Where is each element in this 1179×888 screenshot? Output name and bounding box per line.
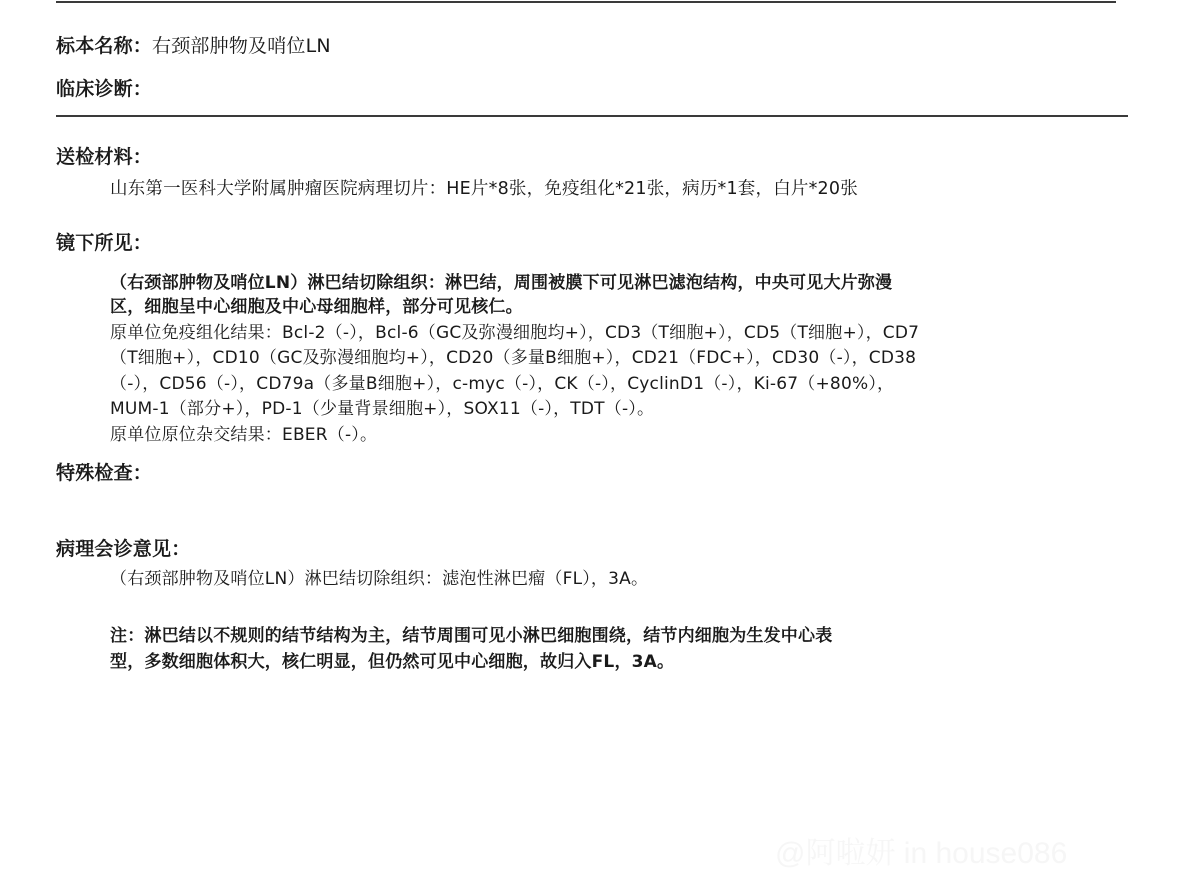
note-line-1: 注：淋巴结以不规则的结节结构为主，结节周围可见小淋巴细胞围绕，结节内细胞为生发中… — [110, 625, 832, 647]
consult-opinion-title: 病理会诊意见： — [56, 538, 190, 560]
specimen-name-label: 标本名称： — [56, 35, 152, 57]
materials-line: 山东第一医科大学附属肿瘤医院病理切片：HE片*8张，免疫组化*21张，病历*1套… — [110, 178, 858, 200]
special-exam-title: 特殊检查： — [56, 462, 152, 484]
ish-line: 原单位原位杂交结果：EBER（-）。 — [110, 424, 377, 446]
microscopy-title: 镜下所见： — [56, 232, 152, 254]
clinical-diagnosis-row: 临床诊断： — [56, 78, 152, 100]
ihc-line-4: MUM-1（部分+），PD-1（少量背景细胞+），SOX11（-），TDT（-）… — [110, 398, 654, 420]
top-divider — [56, 1, 1116, 3]
header-divider — [56, 115, 1128, 117]
note-line-2: 型，多数细胞体积大，核仁明显，但仍然可见中心细胞，故归入FL，3A。 — [110, 651, 674, 673]
specimen-name-value: 右颈部肿物及哨位LN — [152, 35, 331, 57]
watermark: @阿啦妍 in house086 — [775, 828, 1067, 872]
ihc-line-1: 原单位免疫组化结果：Bcl-2（-），Bcl-6（GC及弥漫细胞均+），CD3（… — [110, 322, 919, 344]
final-diagnosis: （右颈部肿物及哨位LN）淋巴结切除组织：滤泡性淋巴瘤（FL），3A。 — [110, 568, 648, 590]
ihc-line-2: （T细胞+），CD10（GC及弥漫细胞均+），CD20（多量B细胞+），CD21… — [110, 347, 916, 369]
specimen-name-row: 标本名称：右颈部肿物及哨位LN — [56, 35, 331, 57]
ihc-line-3: （-），CD56（-），CD79a（多量B细胞+），c-myc（-），CK（-）… — [110, 373, 894, 395]
materials-title: 送检材料： — [56, 146, 152, 168]
clinical-diagnosis-label: 临床诊断： — [56, 78, 152, 100]
microscopy-line-2: 区，细胞呈中心细胞及中心母细胞样，部分可见核仁。 — [110, 296, 523, 318]
microscopy-line-1: （右颈部肿物及哨位LN）淋巴结切除组织：淋巴结，周围被膜下可见淋巴滤泡结构，中央… — [110, 272, 892, 294]
